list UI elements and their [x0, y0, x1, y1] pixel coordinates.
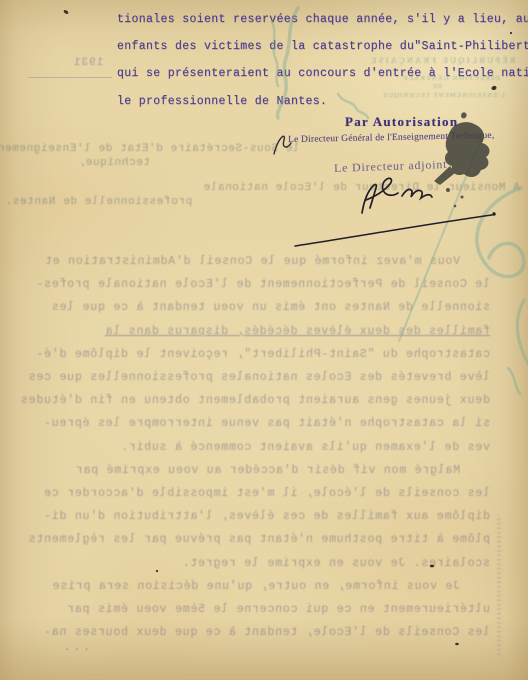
ghost-body-line: plôme à titre posthume n'étant pas prévu… — [8, 528, 490, 551]
ghost-body-line: les conseils de l'école, il m'est imposs… — [8, 482, 490, 505]
letter-line: qui se présenteraient au concours d'entr… — [117, 60, 528, 87]
ghost-body-line: deux jeunes gens auraient probablement o… — [8, 389, 490, 412]
letter-line: tionales soient reservées chaque année, … — [117, 6, 528, 33]
ghost-body-line: ves de l'examen qu'ils avaient commencé … — [8, 436, 490, 459]
ghost-addressee-line: professionnelle de Nantes. — [5, 196, 192, 208]
ghost-addressee-line: le Sous-Secrétaire d'Etat de l'Enseignem… — [0, 143, 300, 155]
ghost-body-line: les Conseils de l'Ecole, tendant à ce qu… — [8, 621, 490, 644]
ghost-body-line: diplôme aux familles de ces élèves, l'at… — [8, 505, 490, 528]
vertical-edge-printers-mark — [497, 515, 501, 655]
ghost-body-line: lève brevetés des Ecoles nationales prof… — [8, 366, 490, 389]
signature-underline-stroke — [295, 212, 496, 246]
letter-line: enfants des victimes de la catastrophe d… — [117, 33, 528, 60]
ghost-body-line: sionnelle de Nantes ont émis un voeu ten… — [8, 296, 490, 319]
ghost-body-paragraphs: Vous m'avez informé que le Conseil d'Adm… — [8, 250, 490, 644]
ghost-addressee-line: technique, — [78, 157, 150, 169]
ghost-addressee-line: A Monsieur le Directeur de l'Ecole natio… — [203, 182, 520, 194]
scanned-letter-page: 1931 RÉPUBLIQUE FRANÇAISE DIRECTION GÉNÉ… — [0, 0, 528, 680]
deputy-director-stamp: Le Directeur adjoint — [334, 157, 448, 176]
authorization-heading: Par Autorisation — [345, 114, 458, 130]
ghost-body-line: Je vous informe, en outre, qu'une décisi… — [8, 575, 490, 598]
ghost-body-line: scolaires. Je vous en exprime le regret. — [8, 552, 490, 575]
ghost-body-line: si la catastrophe n'était pas venue inte… — [8, 412, 490, 435]
ghost-body-line: catastrophe du "Saint-Philibert", reçoiv… — [8, 343, 490, 366]
ghost-body-line: Malgré mon vif désir d'accéder au voeu e… — [8, 459, 490, 482]
ghost-body-line: ultérieurement en ce qui concerne le 5èm… — [8, 598, 490, 621]
ghost-date-rule — [28, 77, 112, 78]
ghost-date-text: 1931 — [73, 57, 103, 69]
ghost-body-line: Vous m'avez informé que le Conseil d'Adm… — [8, 250, 490, 273]
ghost-trailing-dots: ... — [61, 642, 90, 654]
ghost-body-line: familles des deux élèves décédés, dispar… — [8, 320, 490, 343]
letter-paragraph: tionales soient reservées chaque année, … — [117, 6, 528, 115]
ghost-body-line: le Conseil de Perfectionnement de l'Ecol… — [8, 273, 490, 296]
director-general-stamp: Le Directeur Général de l'Enseignement T… — [288, 131, 495, 145]
letter-line: le professionnelle de Nantes. — [117, 88, 528, 115]
